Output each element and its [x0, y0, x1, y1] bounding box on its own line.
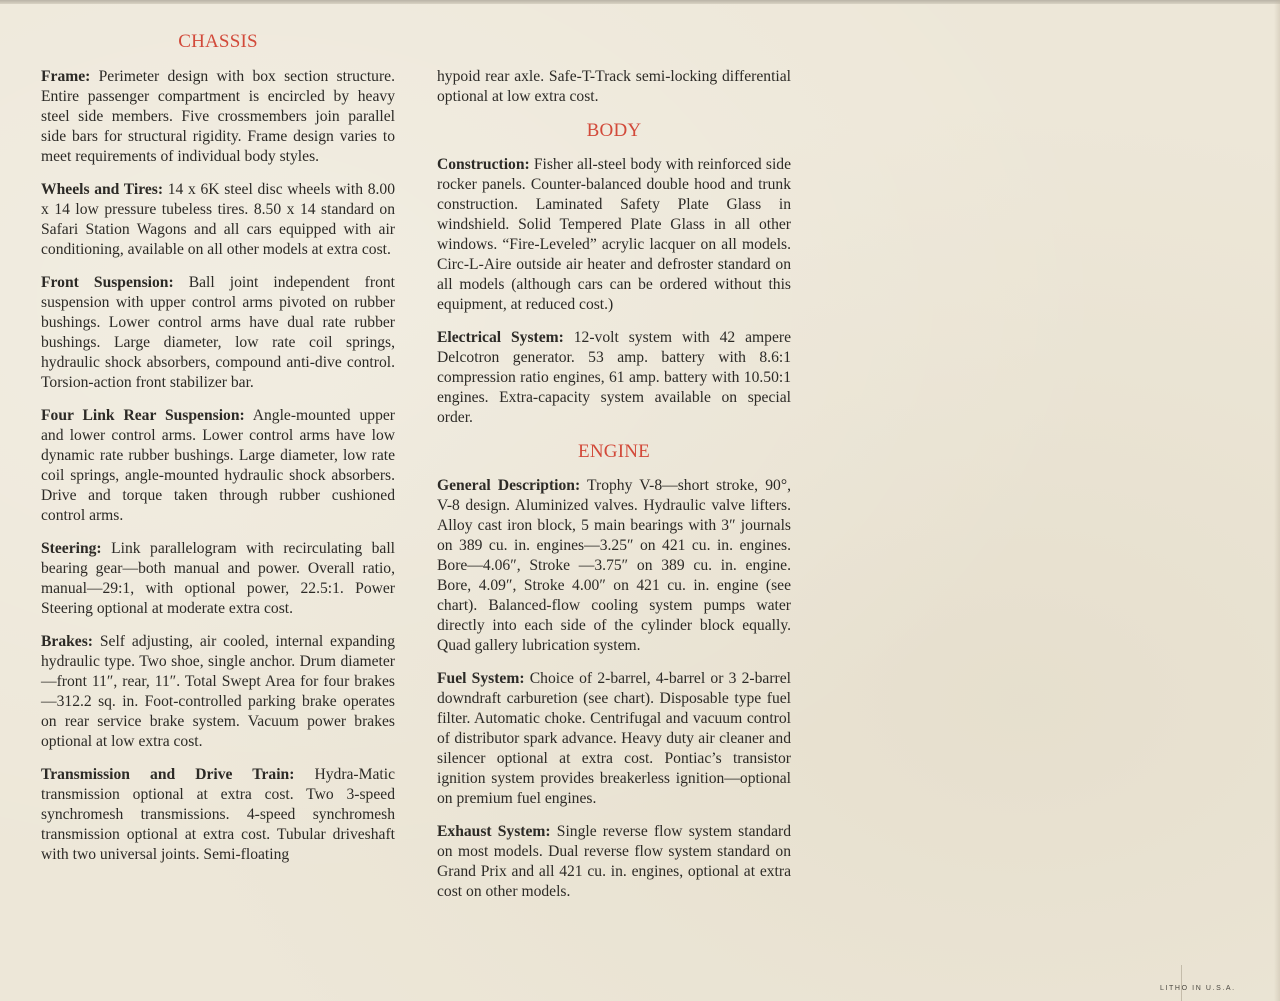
- spec-brakes: Brakes: Self adjusting, air cooled, inte…: [41, 632, 395, 752]
- spec-steering: Steering: Link parallelogram with recirc…: [41, 539, 395, 619]
- spec-label: Front Suspension:: [41, 274, 174, 291]
- page-top-edge: [0, 0, 1280, 4]
- printer-imprint: LITHO IN U.S.A.: [1160, 985, 1236, 992]
- spec-construction: Construction: Fisher all-steel body with…: [437, 155, 791, 315]
- spec-text: Choice of 2-barrel, 4-barrel or 3 2-barr…: [437, 670, 791, 807]
- spec-front-suspension: Front Suspension: Ball joint independent…: [41, 273, 395, 393]
- spec-rear-suspension: Four Link Rear Suspension: Angle-mounted…: [41, 406, 395, 526]
- spec-fuel-system: Fuel System: Choice of 2-barrel, 4-barre…: [437, 669, 791, 809]
- spec-general-description: General Description: Trophy V-8—short st…: [437, 476, 791, 656]
- spec-text: Fisher all-steel body with reinforced si…: [437, 156, 791, 313]
- spec-label: Construction:: [437, 156, 530, 173]
- spec-text: Ball joint independent front suspension …: [41, 274, 395, 391]
- spec-transmission: Transmission and Drive Train: Hydra-Mati…: [41, 765, 395, 865]
- spec-label: General Description:: [437, 477, 580, 494]
- spec-electrical-system: Electrical System: 12-volt system with 4…: [437, 328, 791, 428]
- spec-text: Perimeter design with box section struct…: [41, 68, 395, 165]
- section-heading-chassis: CHASSIS: [41, 31, 395, 53]
- spec-label: Frame:: [41, 68, 90, 85]
- section-heading-body: BODY: [437, 120, 791, 142]
- spec-wheels-and-tires: Wheels and Tires: 14 x 6K steel disc whe…: [41, 180, 395, 260]
- spec-label: Exhaust System:: [437, 823, 551, 840]
- section-heading-engine: ENGINE: [437, 441, 791, 463]
- spec-text: Trophy V-8—short stroke, 90°, V-8 design…: [437, 477, 791, 654]
- spec-label: Brakes:: [41, 633, 93, 650]
- spec-label: Steering:: [41, 540, 102, 557]
- left-column: CHASSIS Frame: Perimeter design with box…: [41, 31, 395, 878]
- spec-label: Electrical System:: [437, 329, 564, 346]
- spec-label: Four Link Rear Suspension:: [41, 407, 245, 424]
- spec-frame: Frame: Perimeter design with box section…: [41, 67, 395, 167]
- right-column: hypoid rear axle. Safe-T-Track semi-lock…: [437, 67, 791, 915]
- brochure-page: CHASSIS Frame: Perimeter design with box…: [0, 0, 1280, 1001]
- spec-text: Self adjusting, air cooled, internal exp…: [41, 633, 395, 750]
- spec-label: Fuel System:: [437, 670, 525, 687]
- spec-label: Transmission and Drive Train:: [41, 766, 294, 783]
- spec-exhaust-system: Exhaust System: Single reverse flow syst…: [437, 822, 791, 902]
- page-right-edge: [1274, 0, 1280, 1001]
- spec-transmission-continuation: hypoid rear axle. Safe-T-Track semi-lock…: [437, 67, 791, 107]
- spec-text: Angle-mounted upper and lower control ar…: [41, 407, 395, 524]
- spec-label: Wheels and Tires:: [41, 181, 163, 198]
- fold-mark: [1181, 965, 1182, 1001]
